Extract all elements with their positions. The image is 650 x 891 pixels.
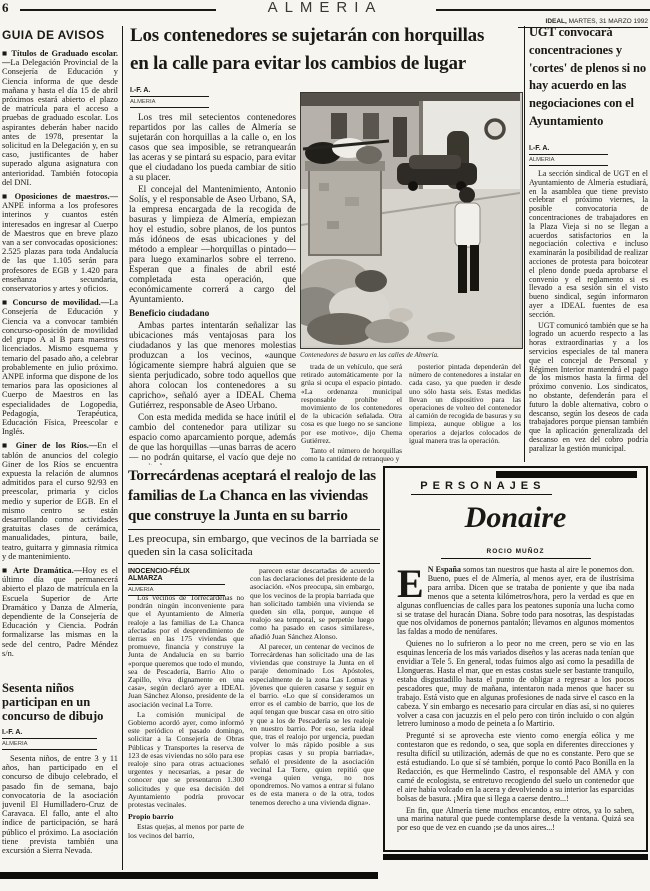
guia-item: ■ Concurso de movilidad.—La Consejería d… — [2, 298, 118, 436]
street-photo — [300, 92, 523, 349]
paragraph: En fin, que Almería tiene muchos encanto… — [397, 807, 634, 834]
sub-article-body: Sesenta niños, de entre 3 y 11 años, han… — [2, 754, 118, 855]
guia-item: ■ Arte Dramática.—Hoy es el último día q… — [2, 566, 118, 658]
personajes-byline: ROCIO MUÑOZ — [385, 540, 646, 559]
vertical-rule-right — [524, 26, 525, 462]
bold-lead: N España — [428, 566, 461, 574]
paragraph: posterior pintada dependerán del número … — [409, 363, 521, 445]
byline-name: I.-F. A. — [130, 86, 209, 97]
guia-item-text: Hoy es el último día que permanecerá abi… — [2, 566, 118, 658]
byline-name: INOCENCIO-FÉLIX ALMARZA — [128, 567, 225, 585]
byline-name: I.-F. A. — [529, 144, 608, 155]
paragraph: La comisión municipal de Gobierno acordó… — [128, 711, 244, 809]
personajes-title: Donaire — [385, 501, 646, 535]
newspaper-page: 6 ALMERIA IDEAL, MARTES, 31 MARZO 1992 G… — [0, 0, 650, 891]
personajes-kicker: PERSONAJES — [385, 480, 581, 492]
header-rule-right — [436, 9, 650, 11]
paragraph: La sección sindical de UGT en el Ayuntam… — [529, 170, 648, 320]
window — [393, 117, 407, 157]
guia-item: ■ Títulos de Graduado escolar.—La Delega… — [2, 49, 118, 187]
byline-place: ALMERIA — [529, 155, 608, 166]
main-byline: I.-F. A. ALMERIA — [130, 86, 226, 108]
ugt-article-body: La sección sindical de UGT en el Ayuntam… — [529, 170, 648, 462]
chanca-column-1: Los vecinos de Torrecárdenas no pondrán … — [128, 594, 244, 870]
guia-item: ■ Giner de los Ríos.—En el tablón de anu… — [2, 441, 118, 561]
personajes-kicker-rule — [411, 494, 552, 495]
guia-item-text: La Delegación Provincial de la Consejerí… — [2, 58, 118, 187]
main-article-column-3: posterior pintada dependerán del número … — [409, 363, 521, 475]
paragraph: EN España somos tan nuestros que hasta a… — [397, 566, 634, 637]
paragraph: trada de un vehículo, que será retirado … — [301, 363, 402, 445]
byline-name: ROCIO MUÑOZ — [441, 548, 591, 559]
main-subhead: Beneficio ciudadano — [129, 309, 296, 319]
chanca-subhead-2: Propio barrio — [128, 813, 244, 821]
bottom-bar-left — [0, 872, 378, 879]
guia-item-text: En el tablón de anuncios del colegio Gin… — [2, 441, 118, 560]
ugt-byline: I.-F. A. ALMERIA — [529, 144, 625, 166]
photo-caption: Contenedores de basura en las calles de … — [300, 351, 521, 359]
personajes-box: PERSONAJES Donaire ROCIO MUÑOZ EN España… — [383, 466, 648, 852]
main-headline-line1: Los contenedores se sujetarán con horqui… — [130, 22, 522, 50]
main-headline: Los contenedores se sujetarán con horqui… — [130, 22, 522, 78]
paragraph: Los tres mil setecientos contenedores re… — [129, 113, 296, 183]
guia-item-text: La Consejería de Educación y Ciencia va … — [2, 298, 118, 436]
street-photo-svg — [301, 93, 520, 346]
chanca-subhead: Les preocupa, sin embargo, que vecinos d… — [128, 529, 380, 564]
byline-name: I.-F. A. — [2, 728, 97, 739]
traffic-sign-icon — [486, 120, 504, 138]
guia-title: GUIA DE AVISOS — [2, 28, 118, 42]
paragraph: Al parecer, un centenar de vecinos de To… — [250, 643, 374, 807]
paragraph: Ambas partes intentarán señalizar las ub… — [129, 321, 296, 411]
waste-container — [305, 161, 385, 255]
main-headline-line2: en la calle para evitar los cambios de l… — [130, 50, 522, 78]
paragraph: Estas quejas, al menos por parte de los … — [128, 823, 244, 839]
main-article-column-1: Los tres mil setecientos contenedores re… — [129, 113, 296, 465]
chanca-column-2: parecen estar descartadas de acuerdo con… — [250, 567, 374, 870]
guia-item-lead: ■ Giner de los Ríos.— — [2, 441, 97, 450]
paragraph: Con esta medida medida se hace inútil el… — [129, 413, 296, 465]
byline-place: ALMERIA — [2, 739, 97, 750]
section-title: ALMERIA — [0, 0, 650, 16]
paragraph-text: somos tan nuestros que hasta al aire le … — [397, 566, 634, 636]
personajes-body: EN España somos tan nuestros que hasta a… — [397, 566, 634, 842]
guia-de-avisos-sidebar: GUIA DE AVISOS ■ Títulos de Graduado esc… — [2, 26, 118, 872]
guia-item-lead: ■ Oposiciones de maestros.— — [2, 192, 118, 201]
bottom-bar-right — [383, 854, 648, 860]
vertical-rule-left — [122, 26, 123, 870]
guia-items: ■ Títulos de Graduado escolar.—La Delega… — [2, 49, 118, 675]
window — [363, 113, 379, 139]
guia-item-lead: ■ Arte Dramática.— — [2, 566, 82, 575]
window — [331, 113, 347, 139]
sub-article-headline: Sesenta niños participan en un concurso … — [2, 681, 118, 723]
paragraph: Quienes no lo sufrieron a lo peor no me … — [397, 640, 634, 729]
personajes-top-bar — [496, 471, 637, 478]
paragraph: Los vecinos de Torrecárdenas no pondrán … — [128, 594, 244, 709]
chanca-byline: INOCENCIO-FÉLIX ALMARZA ALMERIA — [128, 567, 246, 596]
main-article-column-2: trada de un vehículo, que será retirado … — [301, 363, 402, 467]
guia-item-text: ANPE informa a los profesores interinos … — [2, 201, 118, 293]
sub-article-byline: I.-F. A. ALMERIA — [2, 728, 118, 750]
dropcap: E — [397, 568, 424, 599]
paragraph: Tanto el número de horquillas como la ca… — [301, 447, 402, 463]
paragraph: Pregunté si se aprovecha este viento com… — [397, 732, 634, 803]
paragraph: El concejal del Mantenimiento, Antonio S… — [129, 185, 296, 305]
guia-item-lead: ■ Concurso de movilidad.— — [2, 298, 109, 307]
byline-place: ALMERIA — [130, 97, 209, 108]
ugt-headline: UGT convocará concentraciones y 'cortes'… — [529, 24, 648, 131]
paragraph: UGT comunicó también que se ha logrado u… — [529, 322, 648, 454]
chanca-headline: Torrecárdenas aceptará el realojo de las… — [128, 466, 388, 526]
guia-item: ■ Oposiciones de maestros.—ANPE informa … — [2, 192, 118, 293]
paragraph: parecen estar descartadas de acuerdo con… — [250, 567, 374, 641]
